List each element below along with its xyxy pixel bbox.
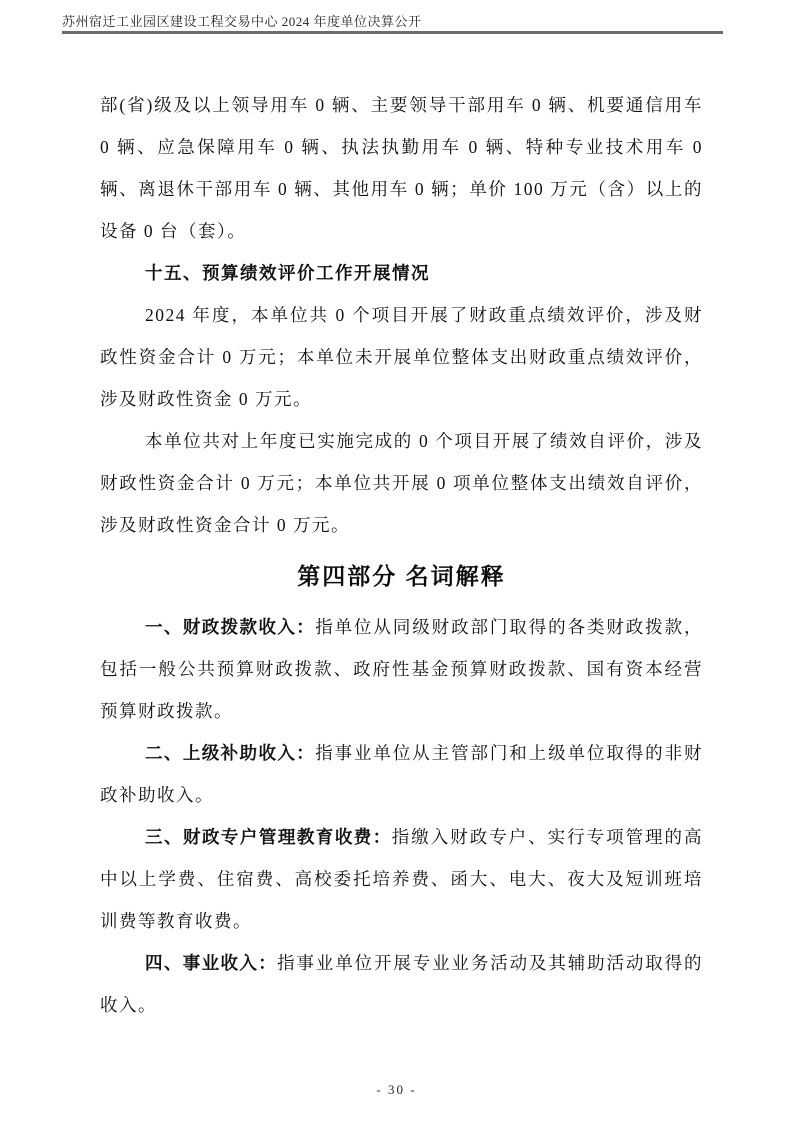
section-heading: 十五、预算绩效评价工作开展情况 [100, 252, 703, 294]
text-run: 本单位共对上年度已实施完成的 0 个项目开展了绩效自评价，涉及财政性资金合计 0… [100, 431, 703, 535]
term-lead: 三、财政专户管理教育收费： [145, 827, 392, 847]
part-heading: 第四部分 名词解释 [100, 546, 703, 606]
paragraph: 三、财政专户管理教育收费：指缴入财政专户、实行专项管理的高中以上学费、住宿费、高… [100, 816, 703, 942]
paragraph: 部(省)级及以上领导用车 0 辆、主要领导干部用车 0 辆、机要通信用车 0 辆… [100, 84, 703, 252]
document-page: 苏州宿迁工业园区建设工程交易中心 2024 年度单位决算公开 部(省)级及以上领… [0, 0, 793, 1122]
paragraph: 一、财政拨款收入：指单位从同级财政部门取得的各类财政拨款，包括一般公共预算财政拨… [100, 606, 703, 732]
paragraph: 二、上级补助收入：指事业单位从主管部门和上级单位取得的非财政补助收入。 [100, 732, 703, 816]
paragraph: 2024 年度，本单位共 0 个项目开展了财政重点绩效评价，涉及财政性资金合计 … [100, 294, 703, 420]
paragraph: 四、事业收入：指事业单位开展专业业务活动及其辅助活动取得的收入。 [100, 942, 703, 1026]
document-body: 部(省)级及以上领导用车 0 辆、主要领导干部用车 0 辆、机要通信用车 0 辆… [100, 84, 703, 1026]
paragraph: 本单位共对上年度已实施完成的 0 个项目开展了绩效自评价，涉及财政性资金合计 0… [100, 420, 703, 546]
term-lead: 四、事业收入： [145, 953, 277, 973]
text-run: 2024 年度，本单位共 0 个项目开展了财政重点绩效评价，涉及财政性资金合计 … [100, 305, 703, 409]
term-lead: 一、财政拨款收入： [145, 617, 315, 637]
page-footer: - 30 - [0, 1082, 793, 1098]
header-title: 苏州宿迁工业园区建设工程交易中心 2024 年度单位决算公开 [62, 11, 422, 30]
text-run: 部(省)级及以上领导用车 0 辆、主要领导干部用车 0 辆、机要通信用车 0 辆… [100, 95, 703, 241]
page-number: - 30 - [376, 1082, 416, 1097]
term-lead: 二、上级补助收入： [145, 743, 315, 763]
header-rule [62, 31, 723, 34]
